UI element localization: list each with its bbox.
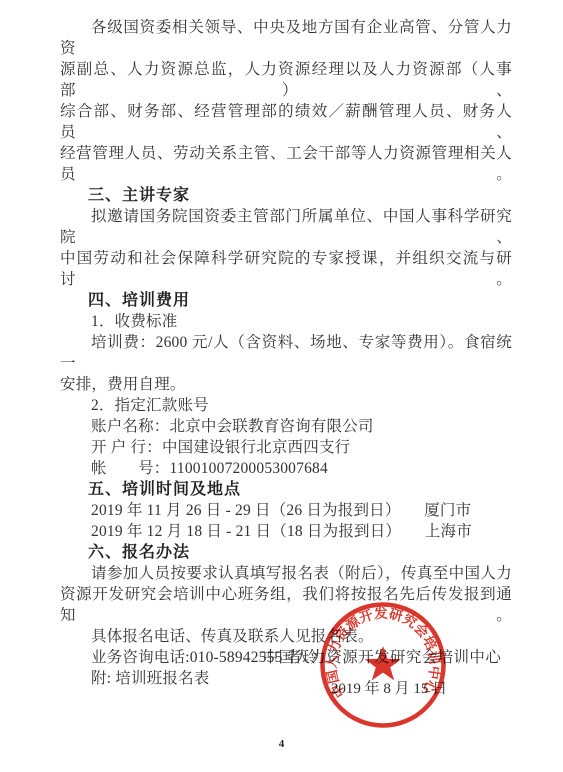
document-line: 账户名称：北京中会联教育咨询有限公司 (60, 416, 512, 437)
document-line: 2019 年 12 月 18 日 - 21 日（18 日为报到日） 上海市 (60, 521, 512, 542)
document-line: 经营管理人员、劳动关系主管、工会干部等人力资源管理相关人员。 (60, 143, 512, 185)
document-line: 1．收费标准 (60, 311, 512, 332)
document-line: 2．指定汇款账号 (60, 395, 512, 416)
document-line: 请参加人员按要求认真填写报名表（附后），传真至中国人力 (60, 563, 512, 584)
signature-block: 中国人力资源开发研究会培训中心 2019 年 8 月 15 日 (262, 645, 502, 698)
document-line: 源副总、人力资源总监，人力资源经理以及人力资源部（人事部）、 (60, 59, 512, 101)
document-line: 拟邀请国务院国资委主管部门所属单位、中国人事科学研究院、 (60, 206, 512, 248)
page-number: 4 (0, 738, 563, 750)
document-line: 五、培训时间及地点 (60, 479, 512, 500)
document-line: 2019 年 11 月 26 日 - 29 日（26 日为报到日） 厦门市 (60, 500, 512, 521)
signature-date: 2019 年 8 月 15 日 (262, 677, 502, 698)
document-line: 培训费：2600 元/人（含资料、场地、专家等费用）。食宿统一 (60, 332, 512, 374)
signature-organization: 中国人力资源开发研究会培训中心 (262, 645, 502, 667)
document-line: 四、培训费用 (60, 290, 512, 311)
document-line: 开 户 行：中国建设银行北京西四支行 (60, 437, 512, 458)
document-line: 三、主讲专家 (60, 185, 512, 206)
scanned-document-page: 各级国资委相关领导、中央及地方国有企业高管、分管人力资源副总、人力资源总监，人力… (0, 0, 563, 772)
document-line: 各级国资委相关领导、中央及地方国有企业高管、分管人力资 (60, 17, 512, 59)
document-line: 资源开发研究会培训中心班务组，我们将按报名先后传发报到通知。 (60, 584, 512, 626)
document-line: 综合部、财务部、经营管理部的绩效／薪酬管理人员、财务人员、 (60, 101, 512, 143)
document-line: 帐 号：11001007200053007684 (60, 458, 512, 479)
document-line: 中国劳动和社会保障科学研究院的专家授课，并组织交流与研讨。 (60, 248, 512, 290)
document-line: 具体报名电话、传真及联系人见报名表。 (60, 626, 512, 647)
document-line: 安排，费用自理。 (60, 374, 512, 395)
document-body: 各级国资委相关领导、中央及地方国有企业高管、分管人力资源副总、人力资源总监，人力… (60, 17, 512, 689)
document-line: 六、报名办法 (60, 542, 512, 563)
